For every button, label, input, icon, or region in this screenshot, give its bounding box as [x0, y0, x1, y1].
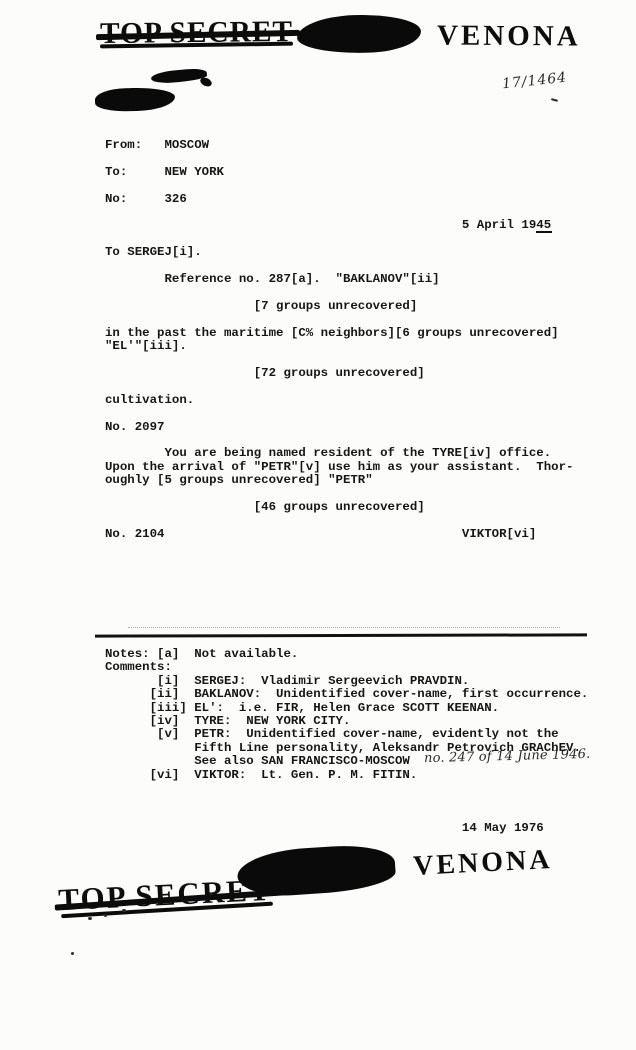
toner-speck [104, 914, 107, 917]
pen-mark [551, 98, 558, 102]
venona-stamp: VENONA [437, 19, 581, 53]
notes-section: Notes: [a] Not available. Comments: [i] … [105, 648, 588, 836]
footer-stamp-group: TOP SECRET VENONA [50, 834, 565, 937]
redaction-scribble [199, 76, 213, 88]
message-body: From: MOSCOW To: NEW YORK No: 326 5 Apri… [105, 139, 573, 541]
toner-speck [122, 909, 126, 912]
toner-speck [88, 917, 92, 920]
scanned-document-page: TOP SECRET VENONA 17/1464 From: MOSCOW T… [0, 0, 636, 1050]
redaction-mark [95, 87, 176, 112]
toner-speck [71, 952, 74, 955]
separator-rule [95, 633, 587, 637]
dotted-trace [128, 627, 560, 628]
handwritten-serial-number: 17/1464 [501, 70, 567, 93]
redaction-mark [236, 842, 397, 898]
date-underline-mark [536, 231, 552, 233]
redaction-mark [296, 13, 421, 55]
venona-stamp: VENONA [412, 844, 553, 883]
redaction-scribble [151, 68, 208, 85]
